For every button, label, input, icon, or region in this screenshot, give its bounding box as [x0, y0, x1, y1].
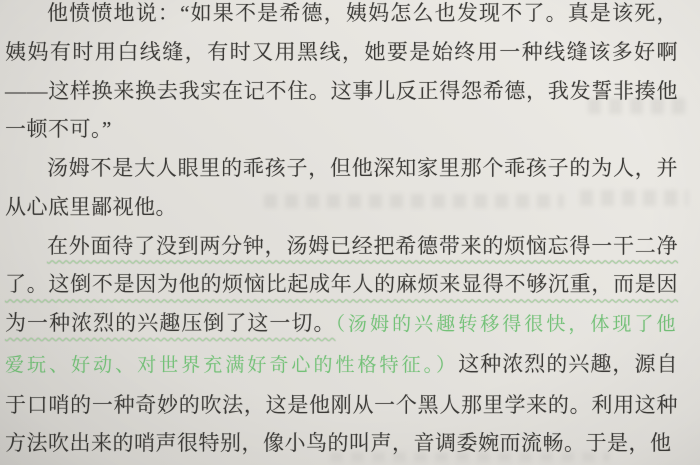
paragraph-tom-despises-sid: 汤姆不是大人眼里的乖孩子，但他深知家里那个乖孩子的为人，并从心底里鄙视他。	[5, 149, 678, 227]
book-page: 他愤愤地说：“如果不是希德，姨妈怎么也发现不了。真是该死，姨妈有时用白线缝，有时…	[0, 0, 700, 463]
paragraph-tom-complaint: 他愤愤地说：“如果不是希德，姨妈怎么也发现不了。真是该死，姨妈有时用白线缝，有时…	[5, 0, 678, 149]
paragraph-whistling-interest: 在外面待了没到两分钟，汤姆已经把希德带来的烦恼忘得一干二净了。这倒不是因为他的烦…	[5, 227, 678, 464]
